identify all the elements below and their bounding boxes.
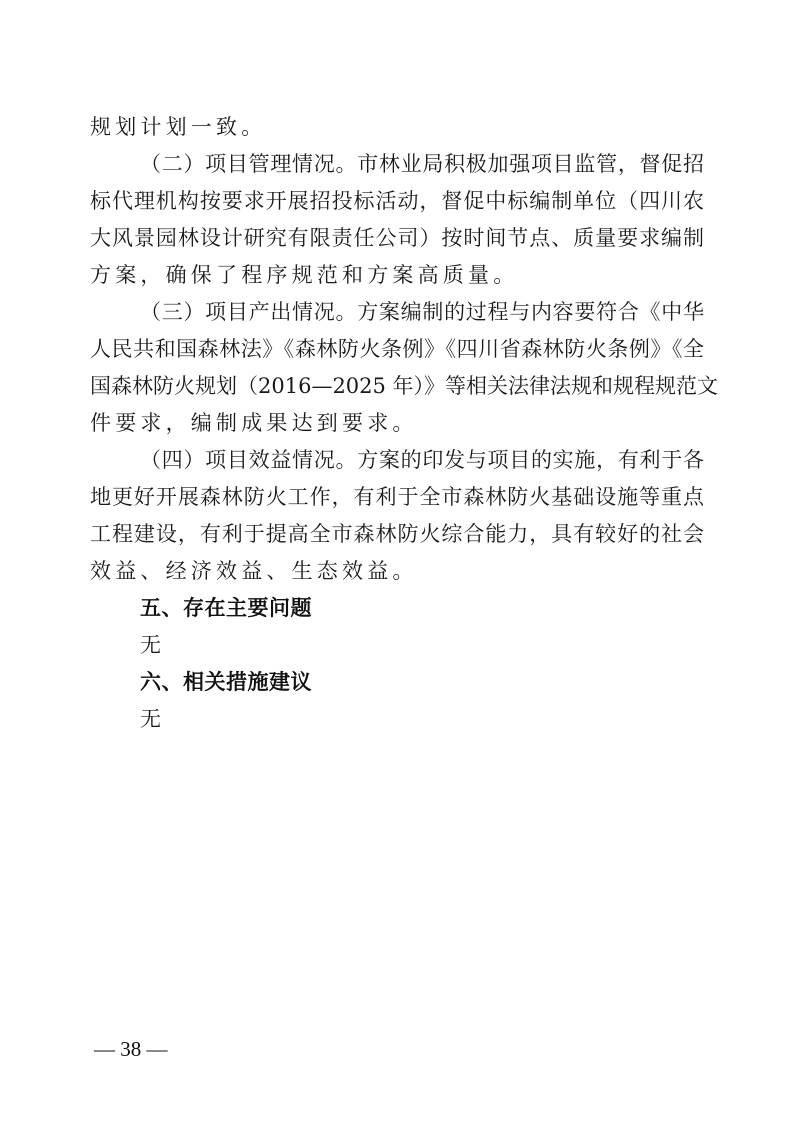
paragraph-line: 件要求，编制成果达到要求。 — [90, 408, 704, 438]
section-heading: 五、存在主要问题 — [140, 593, 312, 623]
paragraph-line: 方案，确保了程序规范和方案高质量。 — [90, 260, 704, 290]
page-number: — 38 — — [94, 1036, 168, 1062]
paragraph-line: 国森林防火规划（2016—2025 年）》等相关法律法规和规程规范文 — [90, 371, 704, 401]
document-page: 规划计划一致。 （二）项目管理情况。市林业局积极加强项目监管，督促招 标代理机构… — [0, 0, 793, 1122]
paragraph-line: 地更好开展森林防火工作，有利于全市森林防火基础设施等重点 — [90, 482, 704, 512]
paragraph-line: （四）项目效益情况。方案的印发与项目的实施，有利于各 — [140, 445, 704, 475]
paragraph-line: 大风景园林设计研究有限责任公司）按时间节点、质量要求编制 — [90, 223, 704, 253]
paragraph-line: （二）项目管理情况。市林业局积极加强项目监管，督促招 — [140, 149, 704, 179]
paragraph-line: 标代理机构按要求开展招投标活动，督促中标编制单位（四川农 — [90, 186, 704, 216]
section-body: 无 — [140, 704, 161, 734]
paragraph-line: 规划计划一致。 — [90, 112, 704, 142]
paragraph-line: 工程建设，有利于提高全市森林防火综合能力，具有较好的社会 — [90, 519, 704, 549]
paragraph-line: 人民共和国森林法》《森林防火条例》《四川省森林防火条例》《全 — [90, 334, 704, 364]
paragraph-line: （三）项目产出情况。方案编制的过程与内容要符合《中华 — [140, 297, 704, 327]
section-heading: 六、相关措施建议 — [140, 667, 312, 697]
paragraph-line: 效益、经济效益、生态效益。 — [90, 556, 704, 586]
section-body: 无 — [140, 630, 161, 660]
